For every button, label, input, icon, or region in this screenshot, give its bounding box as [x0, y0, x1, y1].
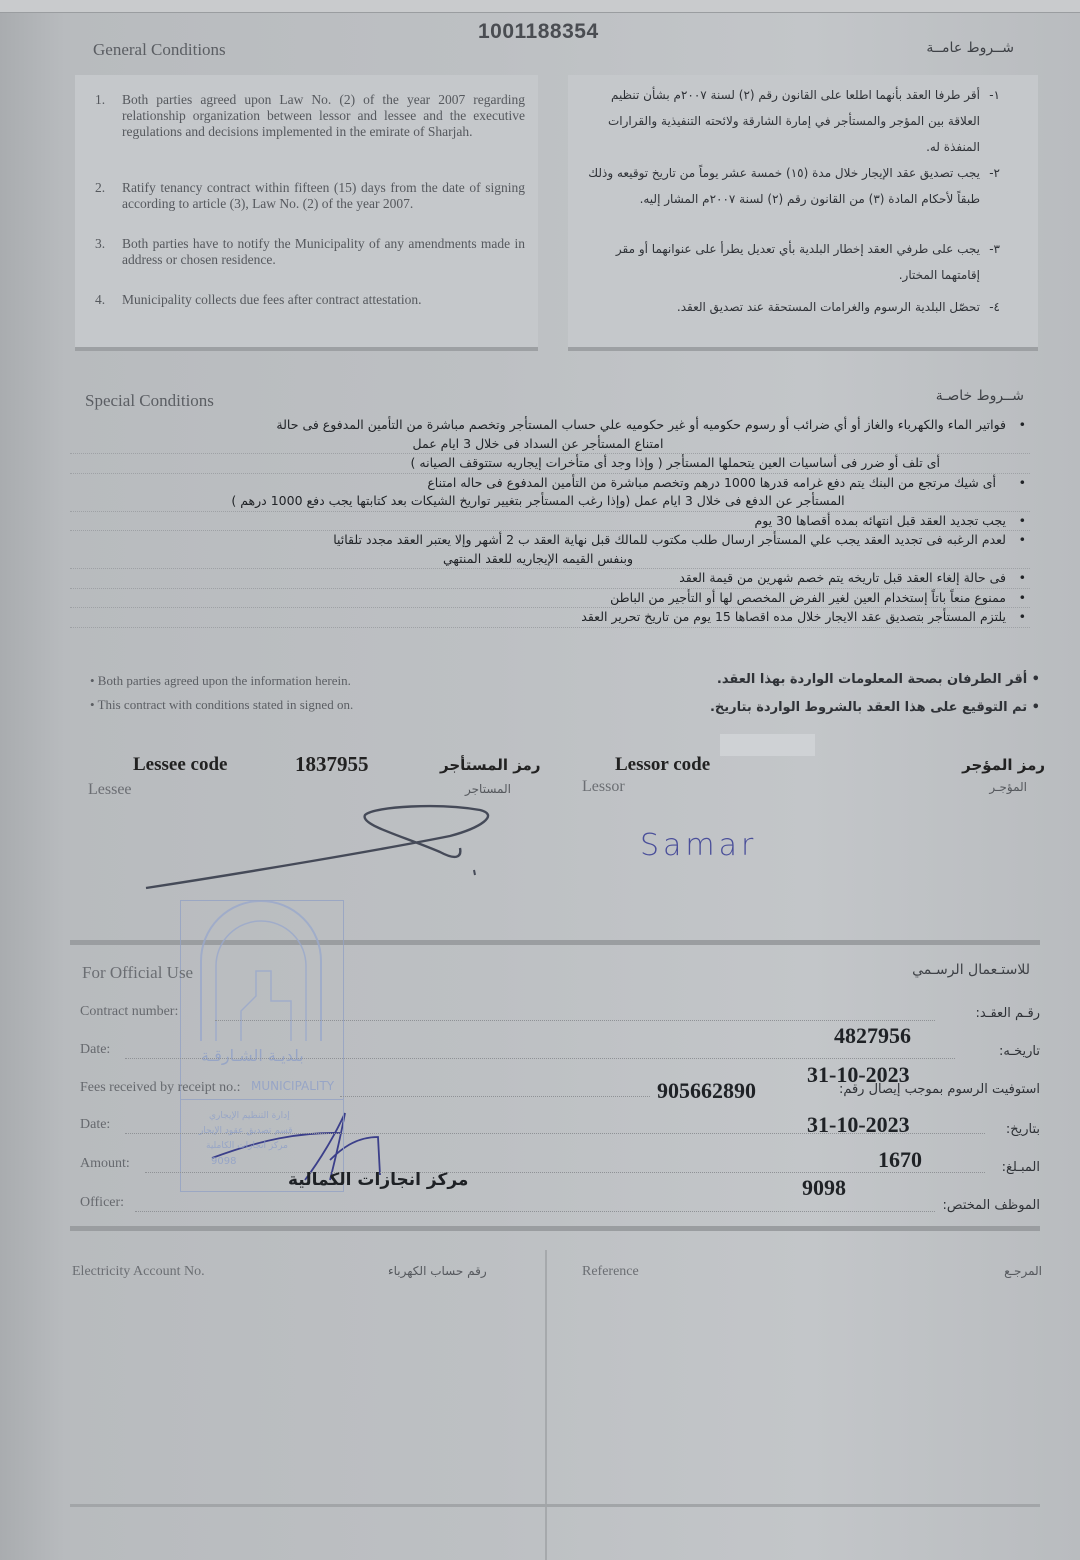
receipt-date-label: Date: — [80, 1117, 110, 1133]
lessee-signature — [146, 806, 488, 888]
official-use-title-en: For Official Use — [82, 963, 193, 983]
date-label: Date: — [80, 1042, 110, 1058]
electricity-account-label-ar: رقم حساب الكهرباء — [388, 1264, 487, 1278]
officer-label: Officer: — [80, 1195, 124, 1211]
contract-number-value: 4827956 — [834, 1023, 911, 1049]
footer-bottom-line — [70, 1504, 1040, 1507]
receipt-date-label-ar: بتاريخ: — [1006, 1122, 1040, 1137]
fees-receipt-label: Fees received by receipt no.: — [80, 1080, 241, 1096]
receipt-number-value: 905662890 — [657, 1078, 756, 1104]
municipality-stamp: بلديـة الشـارقـة MUNICIPALITY إدارة التن… — [180, 900, 344, 1192]
footer-column-divider — [545, 1250, 547, 1560]
amount-value: 1670 — [878, 1147, 922, 1173]
signature-drawings — [0, 0, 1080, 1560]
amount-label-ar: المبـلغ: — [1002, 1160, 1040, 1175]
service-center-name: مركز انجازات الكمالية — [288, 1170, 468, 1190]
contract-number-label-ar: رقـم العقـد: — [975, 1006, 1040, 1021]
reference-label-en: Reference — [582, 1264, 639, 1280]
officer-value: 9098 — [802, 1175, 846, 1201]
amount-label: Amount: — [80, 1156, 130, 1172]
section-divider — [70, 1226, 1040, 1231]
official-use-title-ar: للاستـعمال الرسـمي — [912, 962, 1030, 978]
receipt-date-value: 31-10-2023 — [807, 1112, 910, 1138]
contract-number-label: Contract number: — [80, 1004, 178, 1020]
fees-receipt-label-ar: استوفيت الرسوم بموجب إيصال رقم: — [839, 1082, 1040, 1097]
contract-page: 1001188354 General Conditions شــروط عام… — [0, 0, 1080, 1560]
lessor-handwritten-name: Samar — [640, 828, 757, 863]
officer-label-ar: الموظف المختص: — [943, 1198, 1040, 1213]
reference-label-ar: المرجـع — [1004, 1264, 1042, 1278]
date-label-ar: تاريخـه: — [999, 1044, 1040, 1059]
electricity-account-label-en: Electricity Account No. — [72, 1264, 205, 1280]
